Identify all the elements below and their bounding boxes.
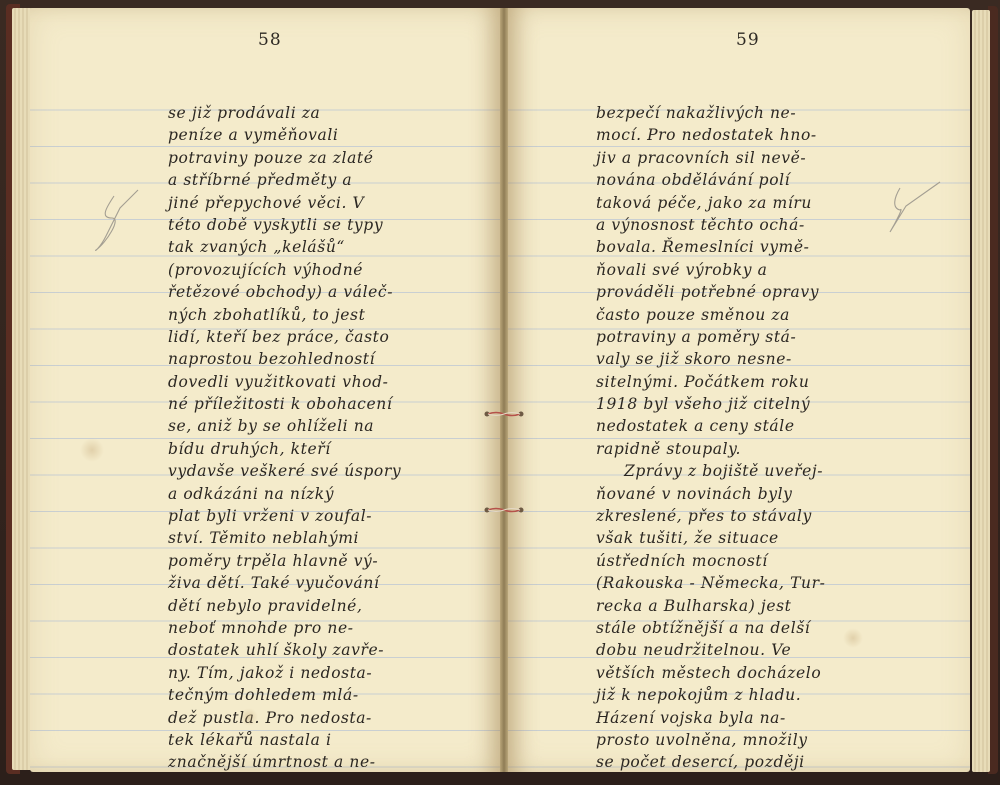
text-line: zkreslené, přes to stávaly <box>596 505 896 527</box>
text-line: bídu druhých, kteří <box>168 438 468 460</box>
text-line: prováděli potřebné opravy <box>596 281 896 303</box>
text-line: a stříbrné předměty a <box>168 169 468 191</box>
text-line: dětí nebylo pravidelné, <box>168 595 468 617</box>
text-line: tek lékařů nastala i <box>168 729 468 751</box>
page-number-left: 58 <box>258 30 282 50</box>
text-line: řetězové obchody) a váleč- <box>168 281 468 303</box>
text-line: (provozujících výhodné <box>168 259 468 281</box>
text-line: jiné přepychové věci. V <box>168 192 468 214</box>
text-line: nována obdělávání polí <box>596 169 896 191</box>
text-line: již k nepokojům z hladu. <box>596 684 896 706</box>
text-line: né příležitosti k obohacení <box>168 393 468 415</box>
open-notebook: 58 se již prodávali za peníze a vyměňova… <box>0 0 1000 785</box>
text-line: dovedli využitkovati vhod- <box>168 371 468 393</box>
text-line: tak zvaných „kelášů“ <box>168 236 468 258</box>
text-line: jiv a pracovních sil nevě- <box>596 147 896 169</box>
text-line: ství. Těmito neblahými <box>168 527 468 549</box>
text-line: potraviny a poměry stá- <box>596 326 896 348</box>
text-line: dostatek uhlí školy zavře- <box>168 639 468 661</box>
page-number-right: 59 <box>736 30 760 50</box>
text-line: se počet desercí, později <box>596 751 896 773</box>
handwritten-text-right: bezpečí nakažlivých ne- mocí. Pro nedost… <box>596 102 896 774</box>
text-line: ňované v novinách byly <box>596 483 896 505</box>
text-line: neboť mnohde pro ne- <box>168 617 468 639</box>
binding-stitch-icon <box>484 506 524 514</box>
text-line: plat byli vrženi v zoufal- <box>168 505 468 527</box>
text-line: mocí. Pro nedostatek hno- <box>596 124 896 146</box>
left-page: 58 se již prodávali za peníze a vyměňova… <box>30 8 500 772</box>
text-line: potraviny pouze za zlaté <box>168 147 468 169</box>
text-line: ných zbohatlíků, to jest <box>168 304 468 326</box>
text-line: lidí, kteří bez práce, často <box>168 326 468 348</box>
right-page: 59 bezpečí nakažlivých ne- mocí. Pro ned… <box>508 8 970 772</box>
handwritten-text-left: se již prodávali za peníze a vyměňovali … <box>168 102 468 774</box>
binding-stitch-icon <box>484 410 524 418</box>
text-line: a odkázáni na nízký <box>168 483 468 505</box>
text-line: ny. Tím, jakož i nedosta- <box>168 662 468 684</box>
text-line: ústředních mocností <box>596 550 896 572</box>
text-line: valy se již skoro nesne- <box>596 348 896 370</box>
text-line: naprostou bezohledností <box>168 348 468 370</box>
text-line: dež pustla. Pro nedosta- <box>168 707 468 729</box>
text-line: taková péče, jako za míru <box>596 192 896 214</box>
text-line: prosto uvolněna, množily <box>596 729 896 751</box>
text-line: však tušiti, že situace <box>596 527 896 549</box>
page-stack-right <box>972 10 990 772</box>
text-line: Zprávy z bojiště uveřej- <box>596 460 896 482</box>
text-line: (Rakouska - Německa, Tur- <box>596 572 896 594</box>
paper-stain <box>240 708 258 726</box>
text-line: bovala. Řemeslníci vymě- <box>596 236 896 258</box>
text-line: sitelnými. Počátkem roku <box>596 371 896 393</box>
text-line: rapidně stoupaly. <box>596 438 896 460</box>
paper-stain <box>843 628 863 648</box>
text-line: značnější úmrtnost a ne- <box>168 751 468 773</box>
text-line: vydavše veškeré své úspory <box>168 460 468 482</box>
text-line: nedostatek a ceny stále <box>596 415 896 437</box>
text-line: ňovali své výrobky a <box>596 259 896 281</box>
text-line: recka a Bulharska) jest <box>596 595 896 617</box>
text-line: větších městech docházelo <box>596 662 896 684</box>
text-line: Házení vojska byla na- <box>596 707 896 729</box>
text-line: bezpečí nakažlivých ne- <box>596 102 896 124</box>
text-line: živa dětí. Také vyučování <box>168 572 468 594</box>
text-line: se již prodávali za <box>168 102 468 124</box>
text-line: peníze a vyměňovali <box>168 124 468 146</box>
book-gutter <box>500 8 508 772</box>
pencil-check-mark-icon <box>92 188 152 258</box>
text-line: 1918 byl všeho již citelný <box>596 393 896 415</box>
text-line: této době vyskytli se typy <box>168 214 468 236</box>
text-line: a výnosnost těchto ochá- <box>596 214 896 236</box>
text-line: často pouze směnou za <box>596 304 896 326</box>
paper-stain <box>80 438 104 462</box>
text-line: poměry trpěla hlavně vý- <box>168 550 468 572</box>
text-line: se, aniž by se ohlíželi na <box>168 415 468 437</box>
text-line: tečným dohledem mlá- <box>168 684 468 706</box>
